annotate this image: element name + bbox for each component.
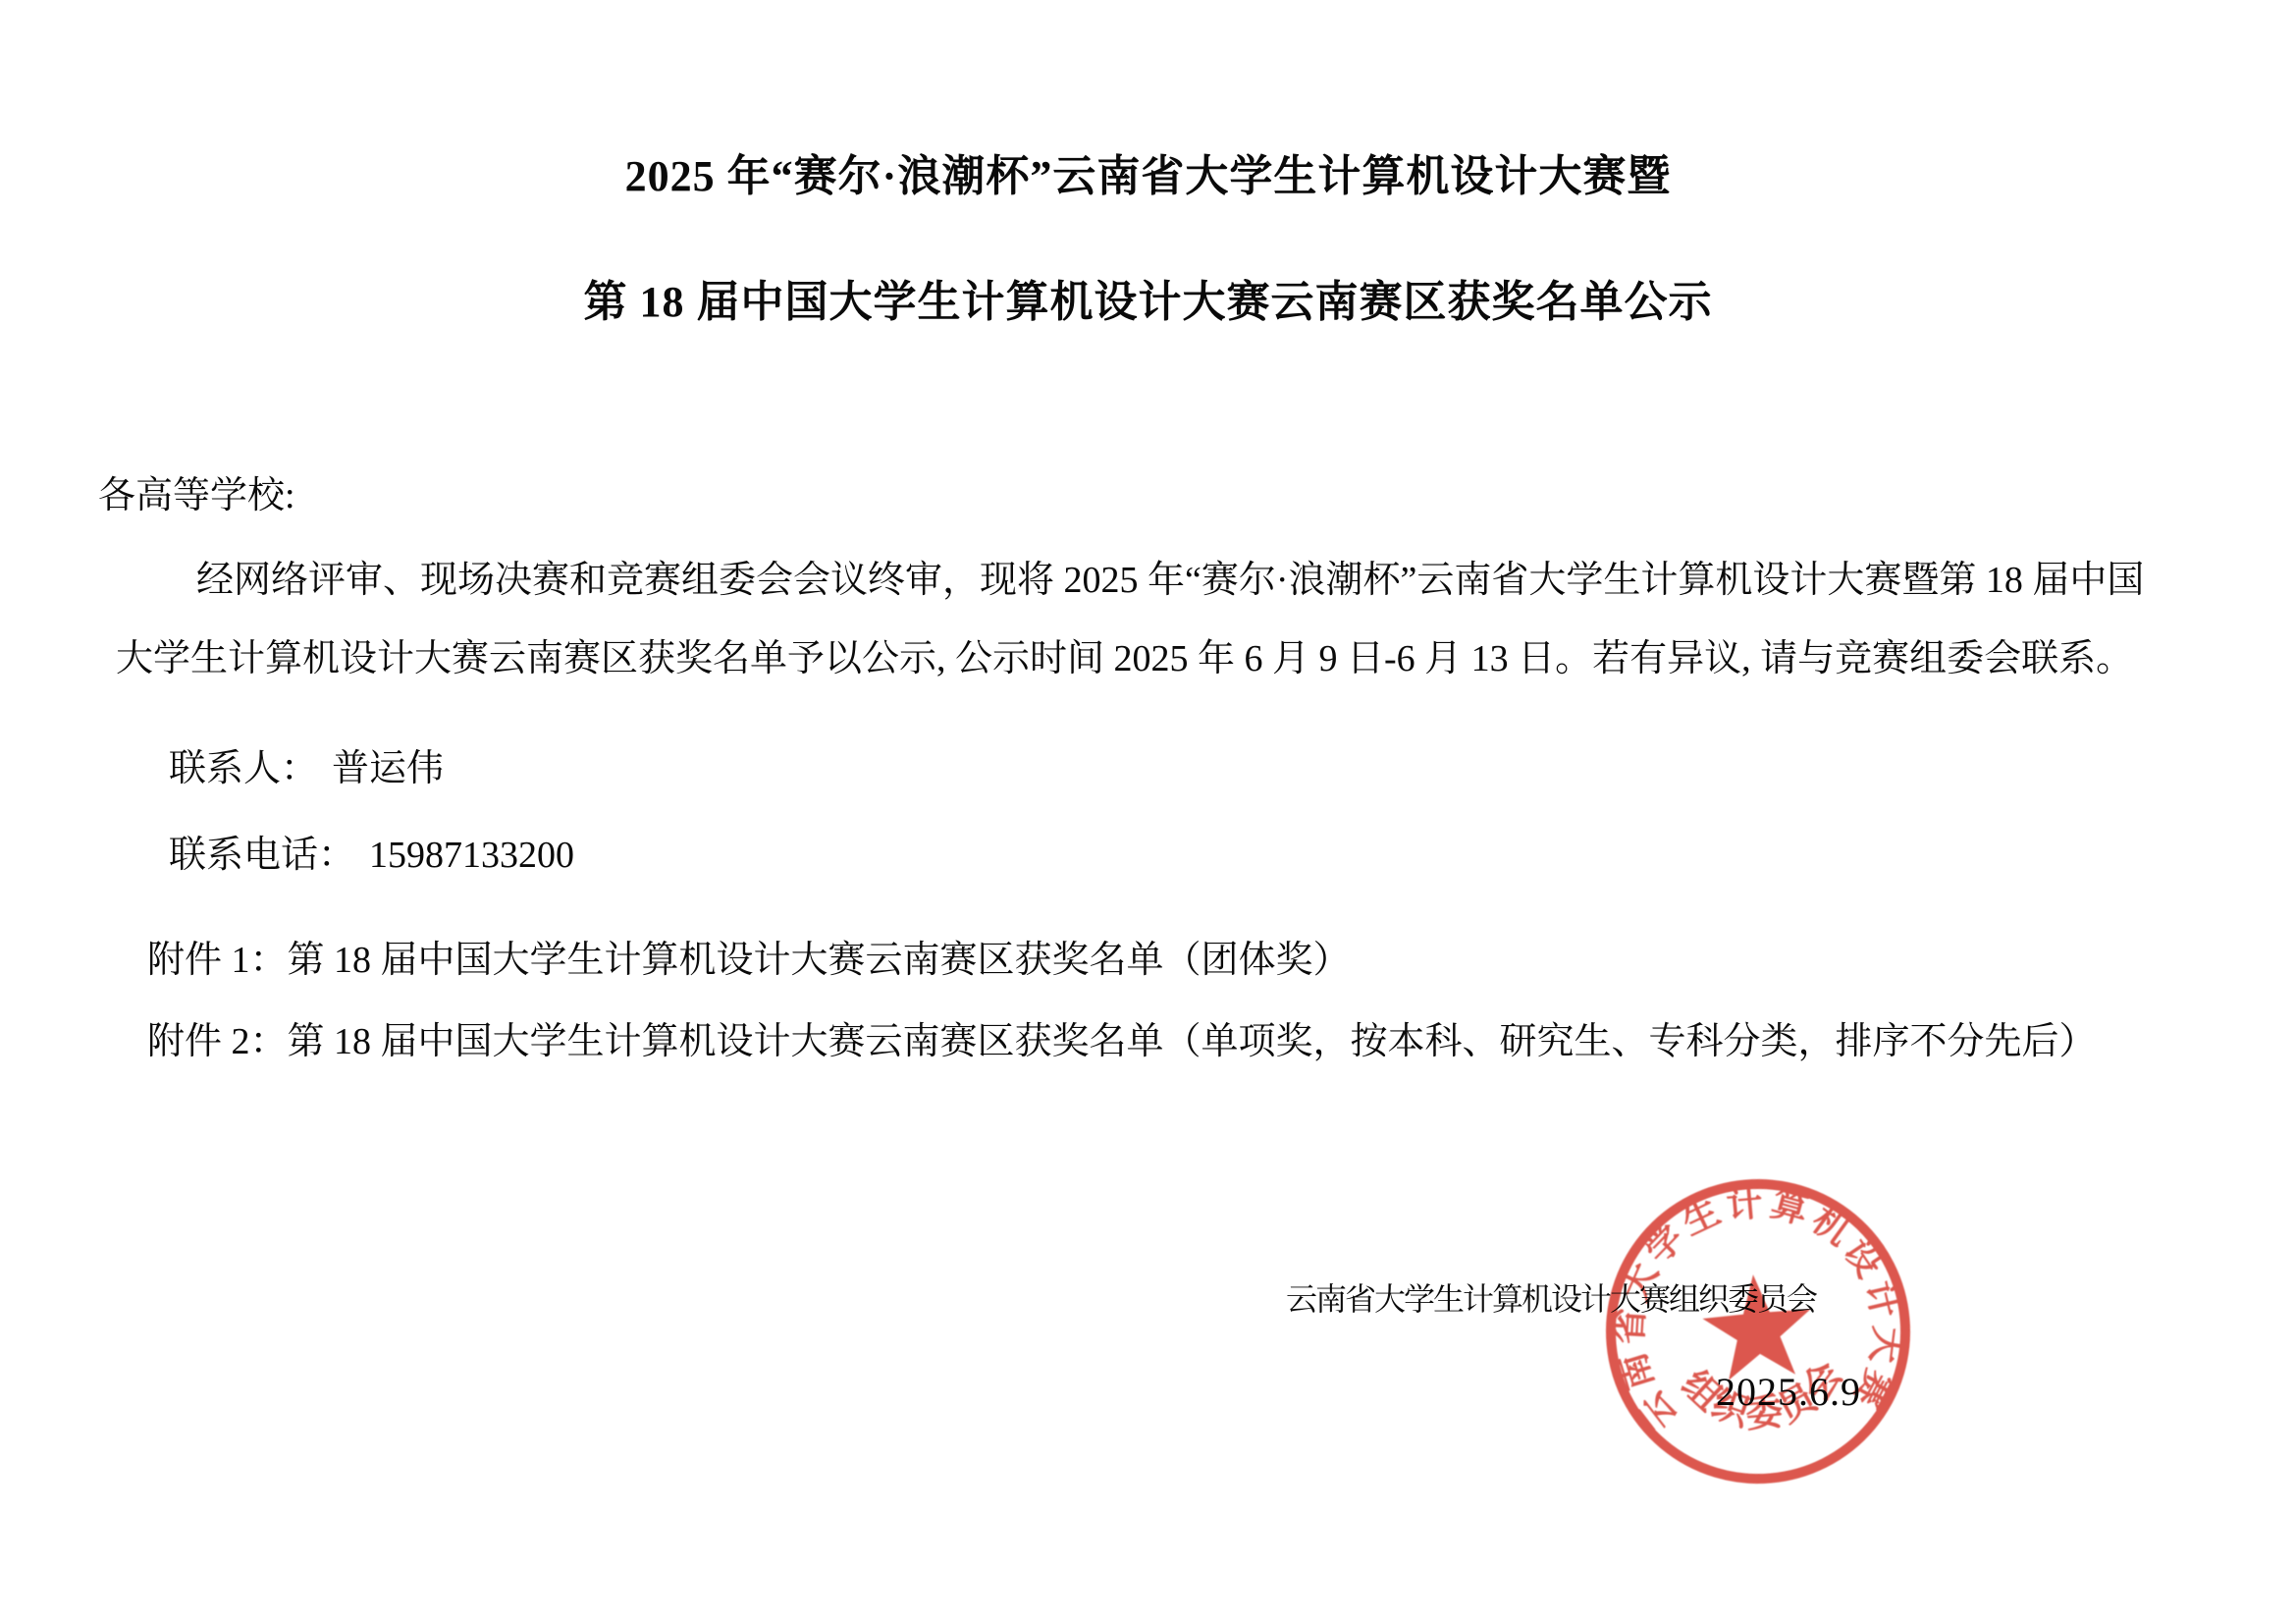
document-title-line2: 第 18 届中国大学生计算机设计大赛云南赛区获奖名单公示 [0, 275, 2296, 329]
contact-phone-number: 15987133200 [369, 835, 574, 876]
attachment-2-text: 第 18 届中国大学生计算机设计大赛云南赛区获奖名单（单项奖，按本科、研究生、专… [288, 1021, 2097, 1062]
attachment-2-label: 附件 2： [147, 1021, 288, 1062]
attachment-1-label: 附件 1： [147, 940, 288, 981]
contact-person-label: 联系人： [169, 748, 318, 789]
seal-star-icon [1699, 1270, 1816, 1381]
salutation: 各高等学校: [98, 472, 295, 520]
contact-phone-label: 联系电话： [169, 835, 355, 876]
contact-phone-line: 联系电话：15987133200 [169, 832, 574, 880]
body-paragraph-line1: 经网络评审、现场决赛和竞赛组委会会议终审，现将 2025 年“赛尔·浪潮杯”云南… [116, 557, 2144, 605]
document-title-line1: 2025 年“赛尔·浪潮杯”云南省大学生计算机设计大赛暨 [0, 149, 2296, 203]
contact-person-name: 普运伟 [332, 748, 444, 789]
seal-bottom-text: 组织委员会 [1671, 1350, 1856, 1441]
official-seal-stamp: 云南省大学生计算机设计大赛 组织委员会 [1577, 1151, 1939, 1512]
contact-person-line: 联系人：普运伟 [169, 745, 444, 793]
attachment-1-text: 第 18 届中国大学生计算机设计大赛云南赛区获奖名单（团体奖） [288, 940, 1351, 981]
body-paragraph-line2: 大学生计算机设计大赛云南赛区获奖名单予以公示, 公示时间 2025 年 6 月 … [116, 635, 2133, 683]
attachment-line-1: 附件 1：第 18 届中国大学生计算机设计大赛云南赛区获奖名单（团体奖） [147, 937, 1351, 985]
document-page: 2025 年“赛尔·浪潮杯”云南省大学生计算机设计大赛暨 第 18 届中国大学生… [0, 0, 2296, 1624]
attachment-line-2: 附件 2：第 18 届中国大学生计算机设计大赛云南赛区获奖名单（单项奖，按本科、… [147, 1018, 2097, 1066]
